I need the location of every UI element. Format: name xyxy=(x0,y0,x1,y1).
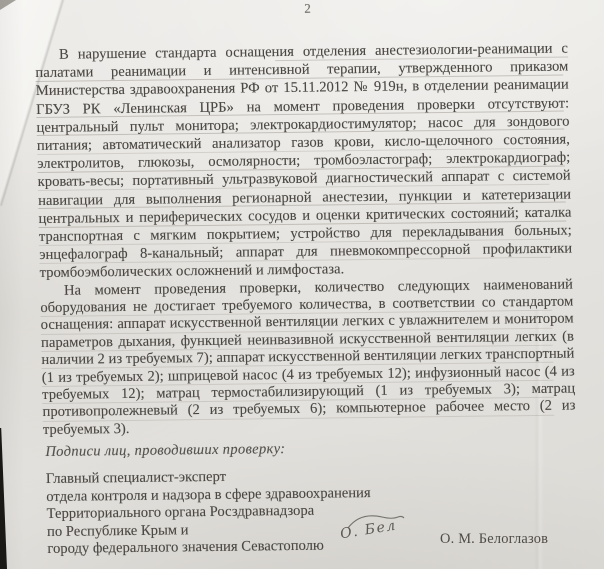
document-page: 2 В нарушение стандарта оснащения отделе… xyxy=(34,0,578,559)
document-photo: 2 В нарушение стандарта оснащения отделе… xyxy=(0,0,604,569)
signer-name: О. М. Белоглазов xyxy=(440,531,548,548)
page-number: 2 xyxy=(34,0,567,20)
paragraph-missing-equipment: В нарушение стандарта оснащения отделени… xyxy=(35,39,573,282)
left-edge-shadow xyxy=(0,428,9,569)
signatures-heading: Подписи лиц, проводивших проверку: xyxy=(45,437,576,461)
handwritten-signature: О. Бел xyxy=(338,514,418,550)
paragraph-insufficient-equipment: На момент проведения проверки, количеств… xyxy=(40,276,576,439)
